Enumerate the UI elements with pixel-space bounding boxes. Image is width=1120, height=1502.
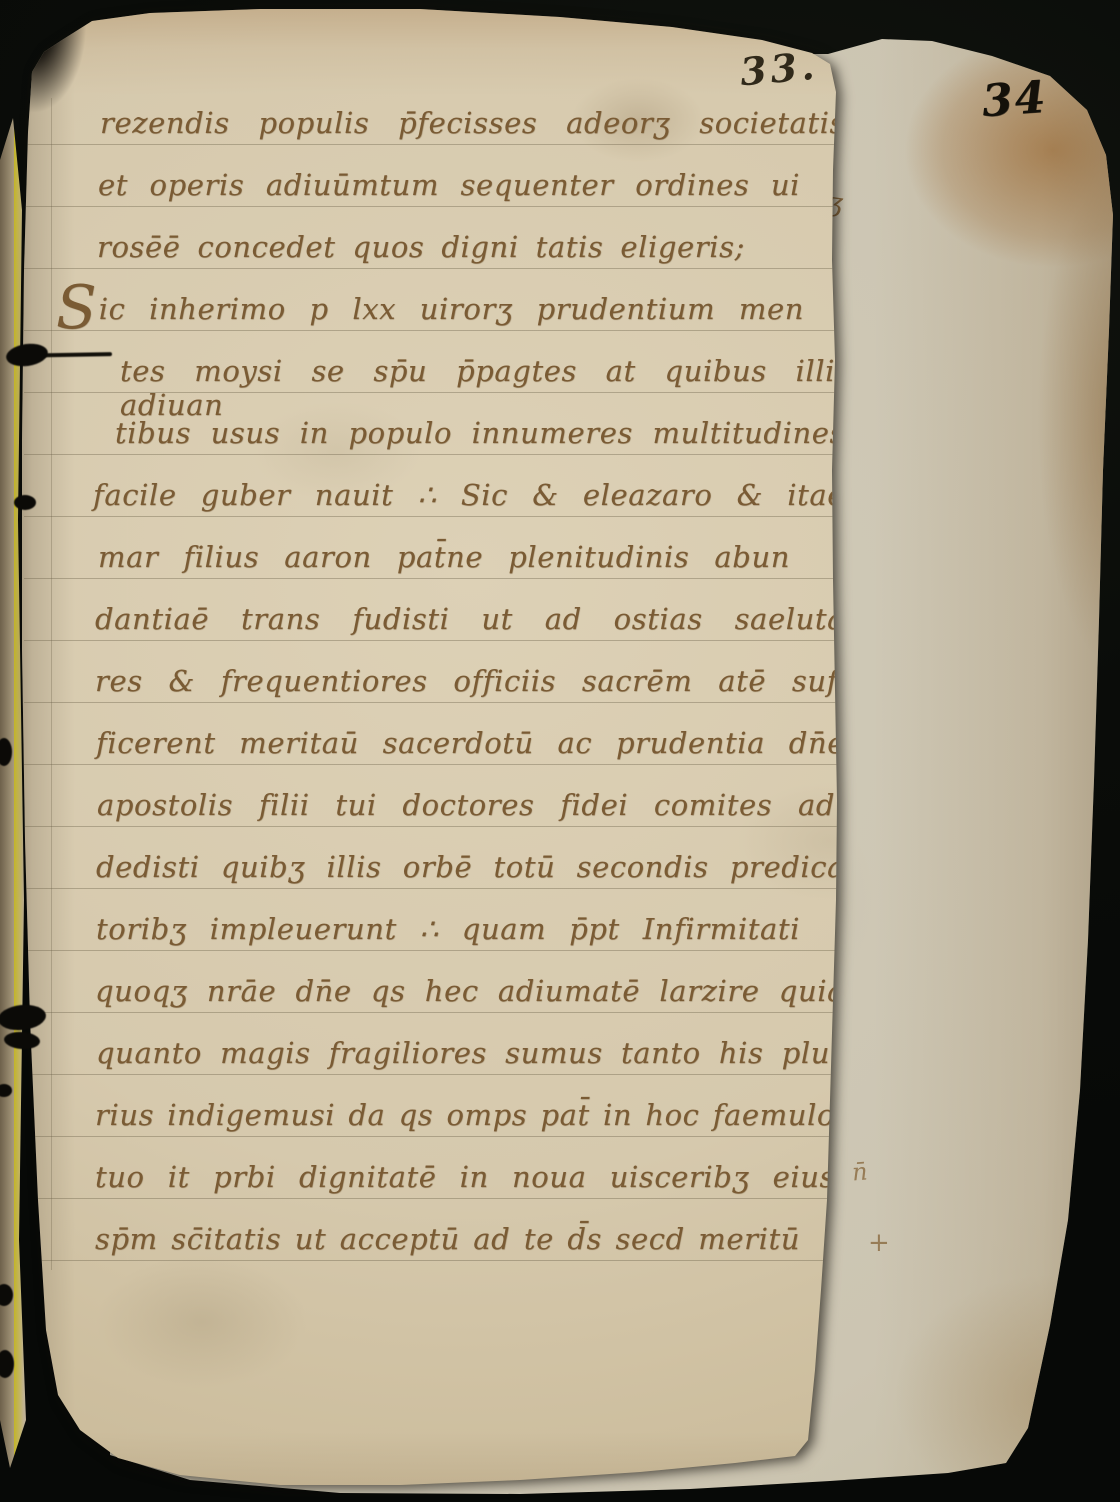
manuscript-text-line: res & frequentiores officiis sacrēm atē … [95,664,838,698]
manuscript-text-line: rius indigemusi da qs omps pat̄ in hoc f… [95,1098,835,1132]
folio-number-33: 33. [738,43,820,95]
manuscript-text-line: quanto magis fragiliores sumus tanto his… [96,1036,830,1070]
folio-33-page: 33. rezendis populis p̄fecisses adeorʒ s… [0,0,1120,1502]
manuscript-text-line: toribʒ impleuerunt ∴ quam p̄pt Infirmita… [96,912,800,946]
folio-33-leaf-wrap: 33. rezendis populis p̄fecisses adeorʒ s… [0,0,1120,1502]
manuscript-photo: 34 ʒ n̄ + 33. rezendis populis p̄fecisse… [0,0,1120,1502]
sewing-hole [14,495,36,510]
manuscript-text-line: dantiaē trans fudisti ut ad ostias saelu… [95,602,845,636]
manuscript-text-line: et operis adiuūmtum sequenter ordines ui [98,168,800,202]
manuscript-text-line: tuo it prbi dignitatē in noua uisceribʒ … [95,1160,835,1194]
manuscript-text-line: quoqʒ nrāe dn̄e qs hec adiumatē larzire … [95,974,845,1008]
manuscript-text-line: mar filius aaron pat̄ne plenitudinis abu… [98,540,790,574]
manuscript-text-line: rezendis populis p̄fecisses adeorʒ socie… [100,106,845,140]
manuscript-text-line: ficerent meritaū sacerdotū ac prudentia … [96,726,845,760]
manuscript-text-line: sp̄m sc̄itatis ut acceptū ad te d̄s secd… [95,1222,800,1256]
manuscript-text-line: dedisti quibʒ illis orbē totū secondis p… [96,850,845,884]
manuscript-text-line: tibus usus in populo innumeres multitudi… [115,416,845,450]
manuscript-text-line: Sic inherimo p lxx uirorʒ prudentium men [56,292,804,326]
manuscript-text-line: rosēē concedet quos digni tatis eligeris… [97,230,745,264]
manuscript-text-line: apostolis filii tui doctores fidei comit… [97,788,835,822]
manuscript-text-line: facile guber nauit ∴ Sic & eleazaro & it… [93,478,845,512]
margin-ruling-line [51,98,52,1270]
manuscript-text-line: tes moysi se sp̄u p̄pagtes at quibus ill… [120,354,835,422]
